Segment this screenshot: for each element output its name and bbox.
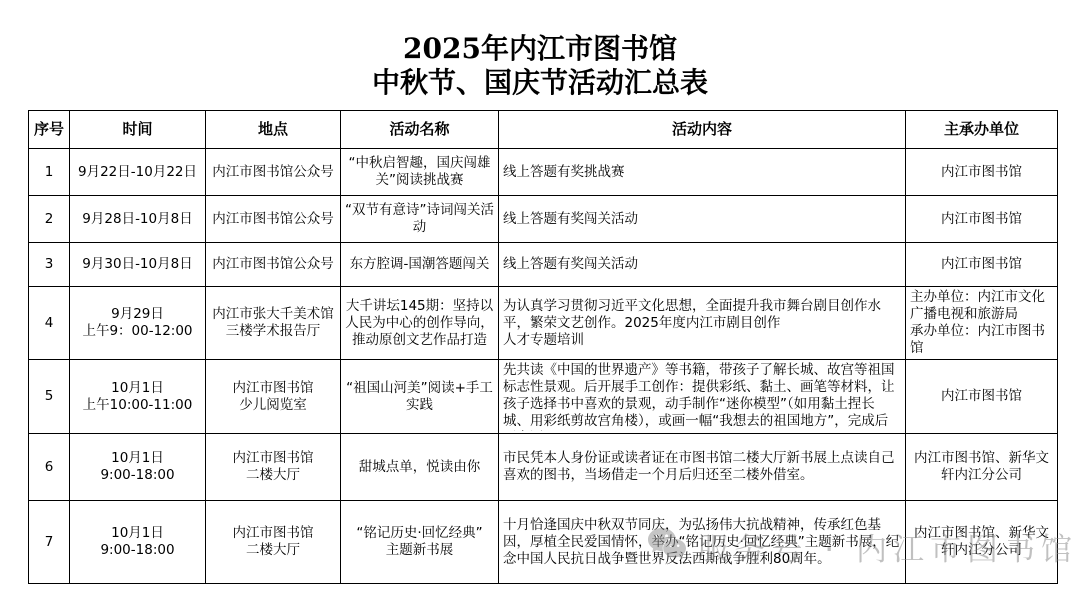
header-org: 主承办单位 bbox=[906, 111, 1058, 149]
cell-org: 内江市图书馆 bbox=[906, 243, 1058, 287]
header-time: 时间 bbox=[70, 111, 206, 149]
cell-name: “祖国山河美”阅读+手工实践 bbox=[341, 360, 499, 434]
cell-name: 甜城点单，悦读由你 bbox=[341, 434, 499, 501]
header-place: 地点 bbox=[206, 111, 341, 149]
cell-content-text: 先共读《中国的世界遗产》等书籍，带孩子了解长城、故宫等祖国标志性景观。后开展手工… bbox=[503, 362, 901, 431]
cell-time: 9月22日-10月22日 bbox=[70, 149, 206, 196]
title-line-1: 2025年内江市图书馆 bbox=[0, 32, 1080, 66]
table-row: 3 9月30日-10月8日 内江市图书馆公众号 东方腔调-国潮答题闯关 线上答题… bbox=[29, 243, 1058, 287]
cell-org: 主办单位：内江市文化广播电视和旅游局 承办单位：内江市图书馆 bbox=[906, 287, 1058, 360]
table-row: 5 10月1日 上午10:00-11:00 内江市图书馆 少儿阅览室 “祖国山河… bbox=[29, 360, 1058, 434]
cell-no: 4 bbox=[29, 287, 70, 360]
cell-time: 9月30日-10月8日 bbox=[70, 243, 206, 287]
header-content: 活动内容 bbox=[499, 111, 906, 149]
cell-place: 内江市图书馆 二楼大厅 bbox=[206, 501, 341, 584]
cell-name: “中秋启智趣，国庆闯雄关”阅读挑战赛 bbox=[341, 149, 499, 196]
cell-content: 线上答题有奖闯关活动 bbox=[499, 243, 906, 287]
cell-place: 内江市张大千美术馆 三楼学术报告厅 bbox=[206, 287, 341, 360]
table-header-row: 序号 时间 地点 活动名称 活动内容 主承办单位 bbox=[29, 111, 1058, 149]
cell-time: 10月1日 9:00-18:00 bbox=[70, 501, 206, 584]
cell-content: 为认真学习贯彻习近平文化思想，全面提升我市舞台剧目创作水平，繁荣文艺创作。202… bbox=[499, 287, 906, 360]
table-row: 2 9月28日-10月8日 内江市图书馆公众号 “双节有意诗”诗词闯关活动 线上… bbox=[29, 196, 1058, 243]
cell-no: 3 bbox=[29, 243, 70, 287]
cell-org: 内江市图书馆 bbox=[906, 360, 1058, 434]
cell-org: 内江市图书馆 bbox=[906, 196, 1058, 243]
cell-time: 9月29日 上午9：00-12:00 bbox=[70, 287, 206, 360]
cell-content: 线上答题有奖闯关活动 bbox=[499, 196, 906, 243]
table-row: 4 9月29日 上午9：00-12:00 内江市张大千美术馆 三楼学术报告厅 大… bbox=[29, 287, 1058, 360]
cell-content: 市民凭本人身份证或读者证在市图书馆二楼大厅新书展上点读自己喜欢的图书，当场借走一… bbox=[499, 434, 906, 501]
cell-place: 内江市图书馆公众号 bbox=[206, 149, 341, 196]
cell-place: 内江市图书馆公众号 bbox=[206, 196, 341, 243]
cell-name: 东方腔调-国潮答题闯关 bbox=[341, 243, 499, 287]
cell-content: 线上答题有奖挑战赛 bbox=[499, 149, 906, 196]
cell-content: 先共读《中国的世界遗产》等书籍，带孩子了解长城、故宫等祖国标志性景观。后开展手工… bbox=[499, 360, 906, 434]
cell-time: 9月28日-10月8日 bbox=[70, 196, 206, 243]
table-row: 6 10月1日 9:00-18:00 内江市图书馆 二楼大厅 甜城点单，悦读由你… bbox=[29, 434, 1058, 501]
cell-org: 内江市图书馆 bbox=[906, 149, 1058, 196]
cell-time: 10月1日 9:00-18:00 bbox=[70, 434, 206, 501]
cell-place: 内江市图书馆公众号 bbox=[206, 243, 341, 287]
cell-org: 内江市图书馆、新华文轩内江分公司 bbox=[906, 501, 1058, 584]
activity-summary-table: 序号 时间 地点 活动名称 活动内容 主承办单位 1 9月22日-10月22日 … bbox=[28, 110, 1058, 584]
cell-no: 5 bbox=[29, 360, 70, 434]
cell-no: 6 bbox=[29, 434, 70, 501]
header-no: 序号 bbox=[29, 111, 70, 149]
title-line-2: 中秋节、国庆节活动汇总表 bbox=[0, 66, 1080, 100]
table-row: 1 9月22日-10月22日 内江市图书馆公众号 “中秋启智趣，国庆闯雄关”阅读… bbox=[29, 149, 1058, 196]
table-row: 7 10月1日 9:00-18:00 内江市图书馆 二楼大厅 “铭记历史·回忆经… bbox=[29, 501, 1058, 584]
cell-content: 十月恰逢国庆中秋双节同庆，为弘扬伟大抗战精神，传承红色基因，厚植全民爱国情怀，举… bbox=[499, 501, 906, 584]
cell-no: 1 bbox=[29, 149, 70, 196]
cell-time: 10月1日 上午10:00-11:00 bbox=[70, 360, 206, 434]
cell-name: “铭记历史·回忆经典” 主题新书展 bbox=[341, 501, 499, 584]
cell-name: 大千讲坛145期：坚持以人民为中心的创作导向，推动原创文艺作品打造 bbox=[341, 287, 499, 360]
cell-no: 7 bbox=[29, 501, 70, 584]
cell-name: “双节有意诗”诗词闯关活动 bbox=[341, 196, 499, 243]
cell-place: 内江市图书馆 少儿阅览室 bbox=[206, 360, 341, 434]
header-name: 活动名称 bbox=[341, 111, 499, 149]
cell-place: 内江市图书馆 二楼大厅 bbox=[206, 434, 341, 501]
document-page: 2025年内江市图书馆 中秋节、国庆节活动汇总表 序号 时间 地点 活动名称 活… bbox=[0, 0, 1080, 591]
page-title: 2025年内江市图书馆 中秋节、国庆节活动汇总表 bbox=[0, 32, 1080, 100]
cell-no: 2 bbox=[29, 196, 70, 243]
cell-org: 内江市图书馆、新华文轩内江分公司 bbox=[906, 434, 1058, 501]
